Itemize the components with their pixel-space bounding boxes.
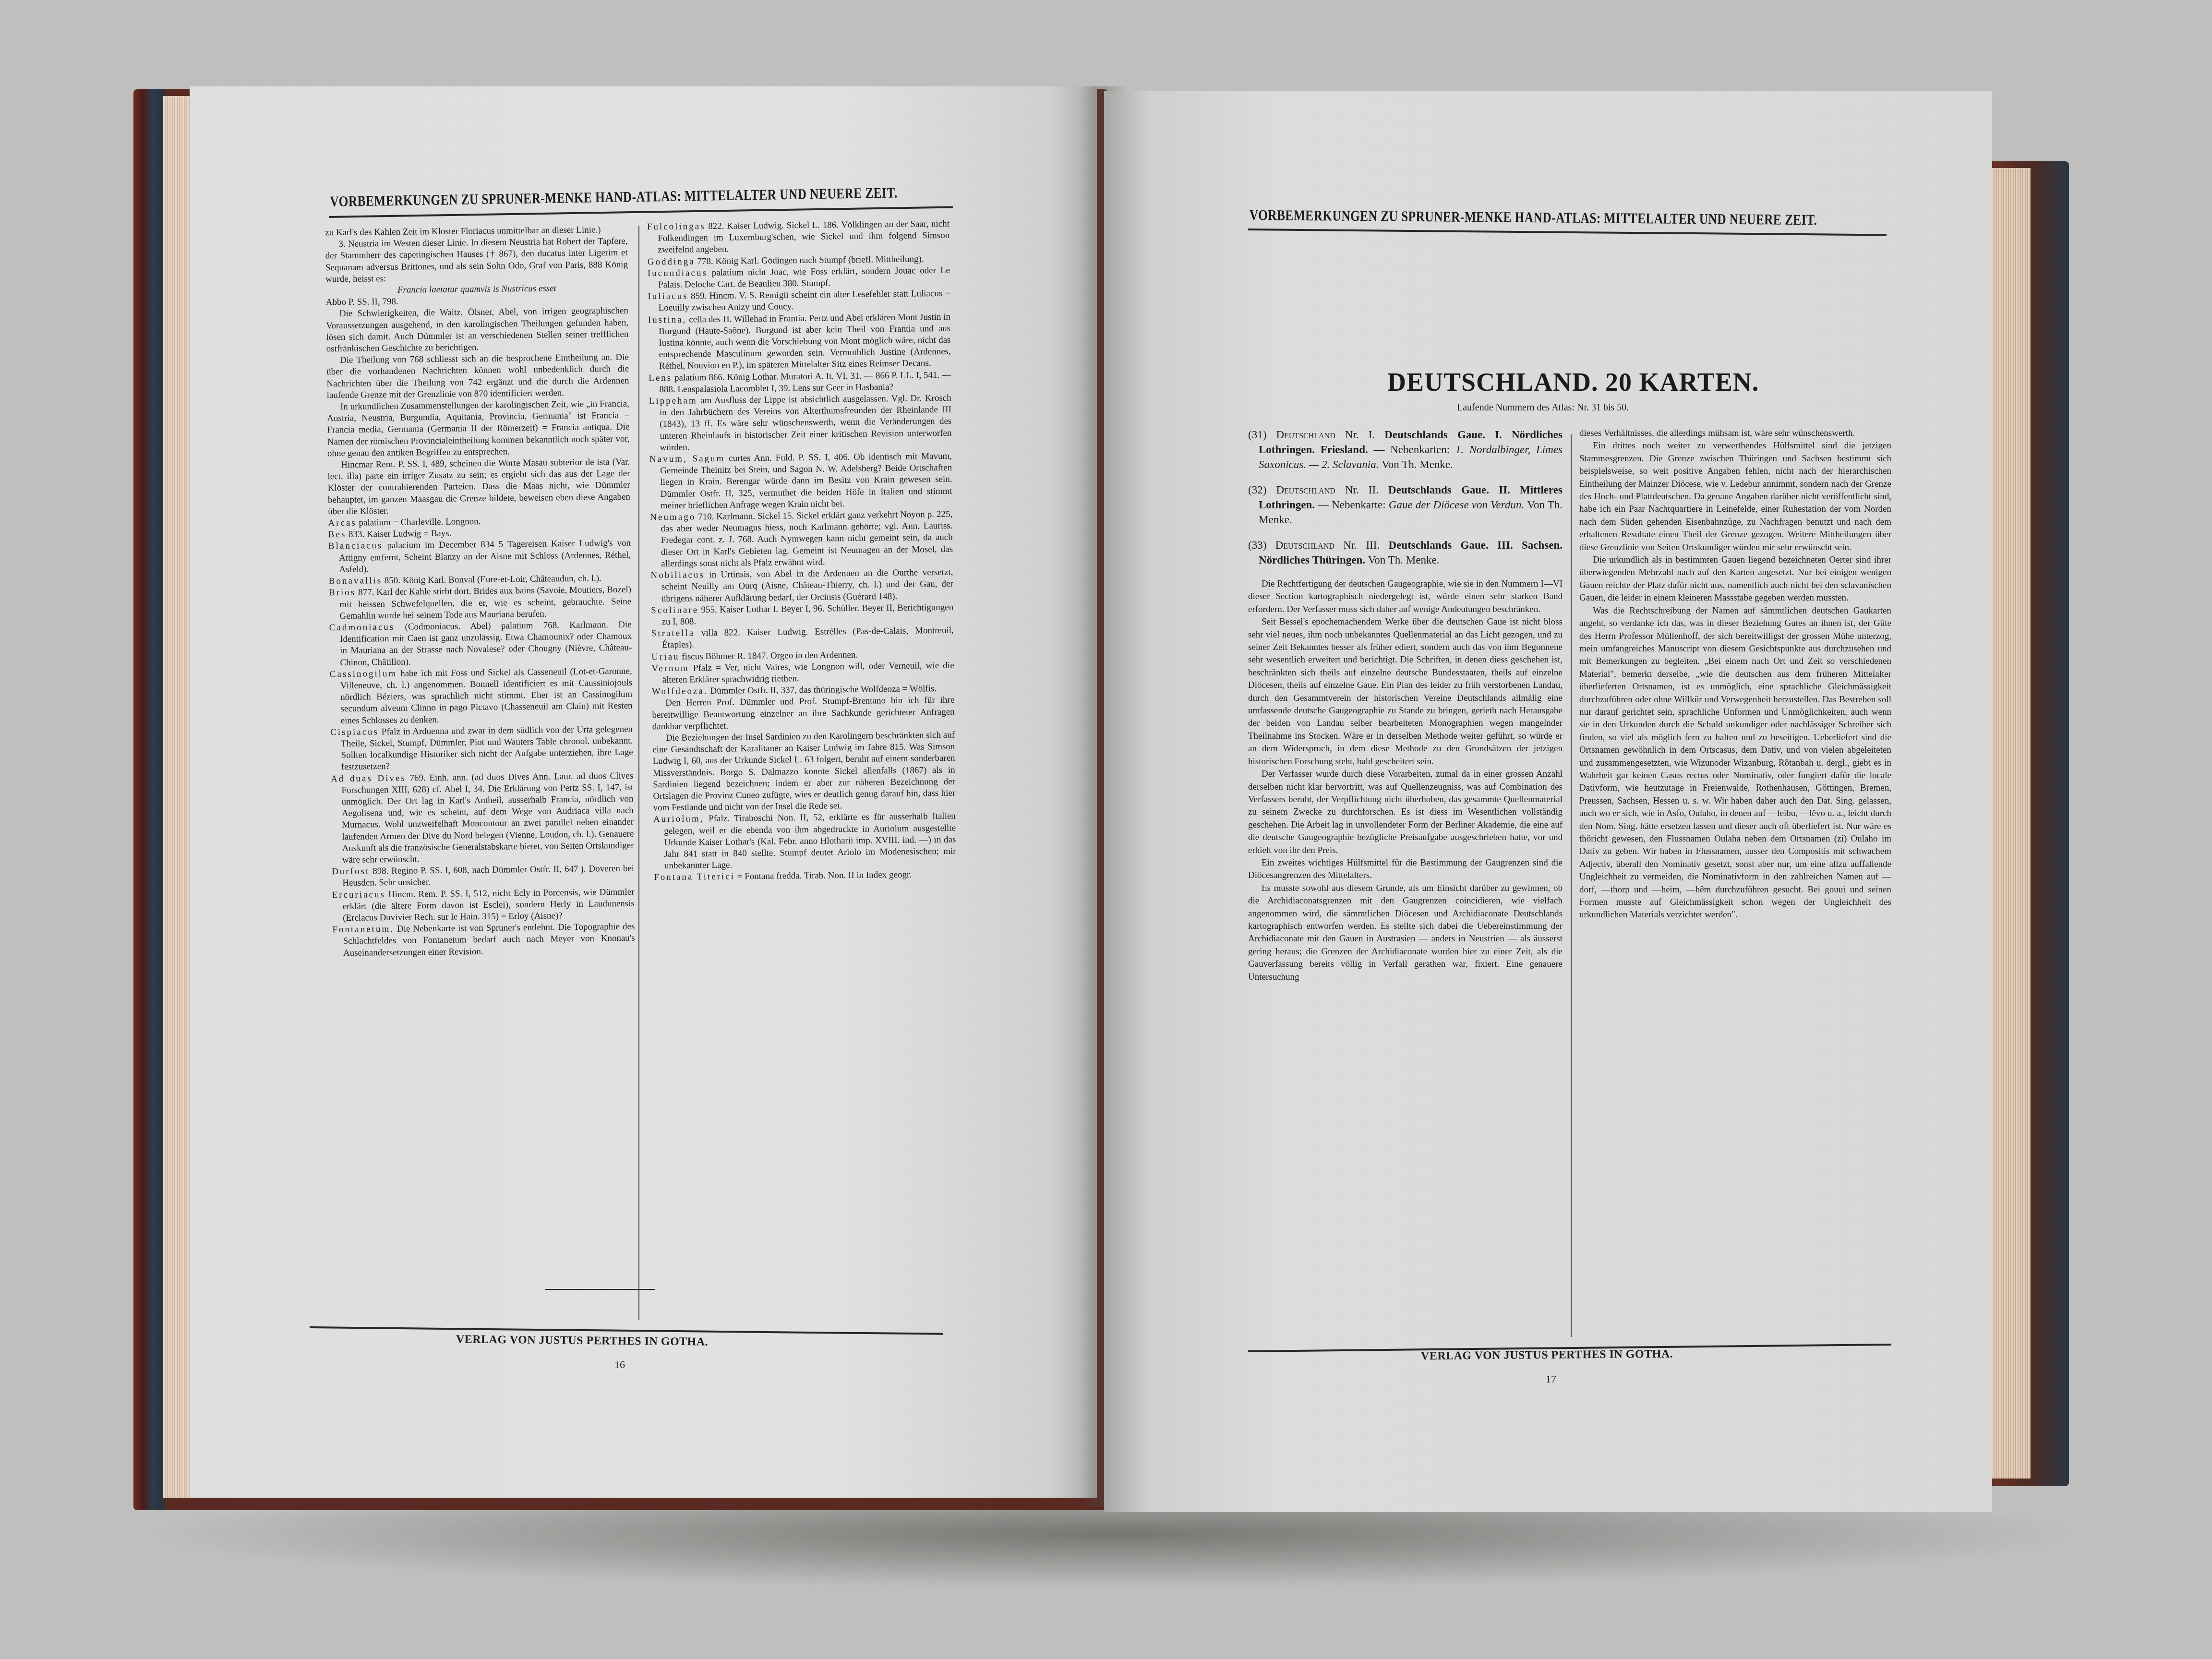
gazetteer-entry: Durfost 898. Regino P. SS. I, 608, nach … xyxy=(332,863,634,890)
paragraph: In urkundlichen Zusammenstellungen der k… xyxy=(327,398,630,460)
paragraph: Den Herren Prof. Dümmler und Prof. Stump… xyxy=(652,695,955,733)
gazetteer-entry: Ad duas Dives 769. Einh. ann. (ad duos D… xyxy=(331,770,634,866)
entry-keyword: Auriolum, xyxy=(653,814,704,825)
paragraph: 3. Neustria im Westen dieser Linie. In d… xyxy=(325,236,628,285)
column-divider-right xyxy=(1571,434,1572,1337)
running-head-left: VORBEMERKUNGEN ZU SPRUNER-MENKE HAND-ATL… xyxy=(330,184,898,210)
entry-keyword: Stratella xyxy=(651,628,695,638)
entry-text: 778. König Karl. Gödingen nach Stumpf (b… xyxy=(695,254,924,266)
map-number: (31) xyxy=(1248,429,1276,441)
map-entry: (31) Deutschland Nr. I. Deutschlands Gau… xyxy=(1248,427,1563,472)
gazetteer-entry: Iustina, cella des H. Willehad in Franti… xyxy=(648,311,951,373)
entry-keyword: Durfost xyxy=(332,866,370,877)
paragraph: Die Schwierigkeiten, die Waitz, Ölsner, … xyxy=(326,305,629,355)
entry-text: 955. Kaiser Lothar I. Beyer I, 96. Schül… xyxy=(661,602,953,627)
entry-text: am Ausfluss der Lippe ist absichtlich au… xyxy=(660,393,952,453)
entry-text: Pfalz. Tiraboschi Non. II, 52, erklärte … xyxy=(664,811,956,871)
gazetteer-entry: Cassinogilum habe ich mit Foss und Sicke… xyxy=(330,665,633,727)
entry-keyword: Nobiliacus xyxy=(650,570,705,580)
gazetteer-entry: Fontana Titerici = Fontana fredda. Tirab… xyxy=(654,869,956,884)
entry-text: palacium im December 834 5 Tagereisen Ka… xyxy=(339,538,631,575)
entry-keyword: Brios xyxy=(329,588,356,598)
map-nr: Nr. II. xyxy=(1345,484,1388,496)
entry-keyword: Lippeham xyxy=(649,396,697,406)
paragraph: Ein zweites wichtiges Hülfsmittel für di… xyxy=(1248,857,1563,882)
section-subtitle: Laufende Nummern des Atlas: Nr. 31 bis 5… xyxy=(1457,402,1629,413)
entry-keyword: Wolfdeoza. xyxy=(652,686,708,697)
left-column-2: Fulcolingas 822. Kaiser Ludwig. Sickel L… xyxy=(647,218,956,884)
end-rule xyxy=(545,1289,655,1290)
map-series: Deutschland xyxy=(1276,484,1345,496)
entry-keyword: Goddinga xyxy=(648,256,695,267)
paragraph: Die Rechtfertigung der deutschen Gaugeog… xyxy=(1248,578,1563,616)
entry-text: 877. Karl der Kahle stirbt dort. Brides … xyxy=(339,585,631,621)
entry-text: palatium = Charleville. Longnon. xyxy=(357,517,481,528)
map-number: (33) xyxy=(1248,539,1275,551)
entry-keyword: Bes xyxy=(328,529,347,540)
entry-keyword: Iustina, xyxy=(648,314,687,325)
entry-text: Hincm. Rem. P. SS. I, 512, nicht Ecly in… xyxy=(343,887,635,923)
paragraph: Der Verfasser wurde durch diese Vorarbei… xyxy=(1248,768,1563,857)
map-author: Von Th. Menke. xyxy=(1368,554,1440,566)
page-edges-right xyxy=(1987,168,2031,1479)
entry-text: 859. Hincm. V. S. Remigii scheint ein al… xyxy=(659,289,950,313)
gazetteer-entry: Lens palatium 866. König Lothar. Murator… xyxy=(649,369,951,396)
map-nr: Nr. III. xyxy=(1343,539,1388,551)
gazetteer-entry: Iuliacus 859. Hincm. V. S. Remigii schei… xyxy=(648,288,950,314)
right-column-1: (31) Deutschland Nr. I. Deutschlands Gau… xyxy=(1248,427,1563,984)
gazetteer-entry: Blanciacus palacium im December 834 5 Ta… xyxy=(328,538,631,576)
column-divider-left xyxy=(638,226,639,1320)
entry-text: in Urtinsis, von Abel in die Ardennen an… xyxy=(661,567,953,604)
gazetteer-entry: Vernum Pfalz = Ver, nicht Vaires, wie Lo… xyxy=(651,660,954,686)
paragraph: Die Beziehungen der Insel Sardinien zu d… xyxy=(652,730,956,814)
running-head-right: VORBEMERKUNGEN ZU SPRUNER-MENKE HAND-ATL… xyxy=(1250,206,1817,228)
entry-keyword: Cadmoniacus xyxy=(329,622,395,633)
gazetteer-entry: Brios 877. Karl der Kahle stirbt dort. B… xyxy=(329,584,632,622)
gazetteer-entry: Scolinare 955. Kaiser Lothar I. Beyer I,… xyxy=(651,601,953,628)
map-nr: Nr. I. xyxy=(1345,429,1384,441)
gazetteer-entry: Lippeham am Ausfluss der Lippe ist absic… xyxy=(649,393,952,454)
paragraph: Die Theilung von 768 schliesst sich an d… xyxy=(326,352,629,401)
gazetteer-entry: Navum, Sagum curtes Ann. Fuld. P. SS. I,… xyxy=(649,451,952,512)
entry-text: palatium 866. König Lothar. Muratori A. … xyxy=(659,370,951,395)
gazetteer-entry: Fulcolingas 822. Kaiser Ludwig. Sickel L… xyxy=(647,218,950,256)
page-number-right: 17 xyxy=(1546,1373,1556,1385)
entry-keyword: Lens xyxy=(649,373,672,383)
side-maps: Gaue der Diöcese von Verdun. xyxy=(1389,499,1527,511)
map-author: Von Th. Menke. xyxy=(1382,458,1453,470)
right-column-2: dieses Verhältnisses, die allerdings müh… xyxy=(1579,427,1891,922)
entry-keyword: Fontana Titerici xyxy=(654,872,735,883)
entry-text: 850. König Karl. Bonval (Eure-et-Loir, C… xyxy=(382,573,601,586)
entry-text: villa 822. Kaiser Ludwig. Estrélles (Pas… xyxy=(662,625,954,650)
paragraph: Seit Bessel's epochemachendem Werke über… xyxy=(1248,616,1563,768)
footer-rule-left xyxy=(310,1326,943,1335)
side-map-label: — Nebenkarte: xyxy=(1318,499,1389,511)
gazetteer-entry: Cadmoniacus (Codmoniacus. Abel) palatium… xyxy=(329,619,632,669)
gazetteer-entry: Stratella villa 822. Kaiser Ludwig. Estr… xyxy=(651,625,954,651)
entry-keyword: Neumago xyxy=(650,512,696,522)
header-rule-right xyxy=(1248,228,1887,236)
publisher-footer-left: VERLAG VON JUSTUS PERTHES IN GOTHA. xyxy=(456,1333,708,1348)
gazetteer-entry: Fontanetum. Die Nebenkarte ist von Sprun… xyxy=(332,921,635,959)
gazetteer-entry: Neumago 710. Karlmann. Sickel 15. Sickel… xyxy=(650,509,953,570)
gazetteer-entry: Iucundiacus palatium nicht Joac, wie Fos… xyxy=(648,265,950,291)
entry-keyword: Cassinogilum xyxy=(330,669,397,679)
paragraph: Ein drittes noch weiter zu verwerthendes… xyxy=(1579,440,1891,554)
gazetteer-entry: Auriolum, Pfalz. Tiraboschi Non. II, 52,… xyxy=(653,811,956,872)
entry-keyword: Ad duas Dives xyxy=(331,773,406,784)
paragraph: Was die Rechtschreibung der Namen auf sä… xyxy=(1579,605,1891,922)
publisher-footer-right: VERLAG VON JUSTUS PERTHES IN GOTHA. xyxy=(1421,1348,1673,1363)
entry-text: 710. Karlmann. Sickel 15. Sickel erklärt… xyxy=(661,509,953,569)
entry-keyword: Fontanetum. xyxy=(332,924,394,935)
entry-keyword: Iuliacus xyxy=(648,291,688,302)
section-title: DEUTSCHLAND. 20 KARTEN. xyxy=(1387,367,1759,397)
entry-text: fiscus Böhmer R. 1847. Orgeo in den Arde… xyxy=(679,649,858,661)
entry-keyword: Scolinare xyxy=(651,605,698,615)
entry-text: 833. Kaiser Ludwig = Bays. xyxy=(346,529,451,540)
entry-text: Pfalz = Ver, nicht Vaires, wie Longnon w… xyxy=(662,660,954,685)
entry-keyword: Fulcolingas xyxy=(647,221,706,232)
entry-keyword: Arcas xyxy=(328,518,357,529)
gazetteer-entry: Cispiacus Pfalz in Arduenna und zwar in … xyxy=(330,723,633,773)
gazetteer-entry: Ercuriacus Hincm. Rem. P. SS. I, 512, ni… xyxy=(332,886,635,924)
entry-text: 898. Regino P. SS. I, 608, nach Dümmler … xyxy=(342,864,634,889)
map-entry: (33) Deutschland Nr. III. Deutschlands G… xyxy=(1248,538,1563,567)
entry-keyword: Uriau xyxy=(651,651,679,662)
entry-keyword: Iucundiacus xyxy=(648,268,708,278)
entry-keyword: Bonavallis xyxy=(329,576,382,586)
paragraph: Die urkundlich als in bestimmten Gauen l… xyxy=(1579,554,1891,605)
gazetteer-entry: Nobiliacus in Urtinsis, von Abel in die … xyxy=(650,567,953,605)
paragraph: Es musste sowohl aus diesem Grunde, als … xyxy=(1248,882,1563,984)
map-series: Deutschland xyxy=(1276,429,1345,441)
left-page: VORBEMERKUNGEN ZU SPRUNER-MENKE HAND-ATL… xyxy=(190,86,1097,1498)
map-series: Deutschland xyxy=(1275,539,1344,551)
side-map-label: — Nebenkarten: xyxy=(1373,444,1455,456)
entry-keyword: Blanciacus xyxy=(328,541,383,552)
left-column-1: zu Karl's des Kahlen Zeit im Kloster Flo… xyxy=(325,224,635,959)
entry-keyword: Navum, Sagum xyxy=(649,454,725,465)
map-number: (32) xyxy=(1248,484,1276,496)
paragraph: dieses Verhältnisses, die allerdings müh… xyxy=(1579,427,1891,440)
entry-text: cella des H. Willehad in Frantia. Pertz … xyxy=(659,312,951,371)
entry-keyword: Cispiacus xyxy=(330,727,379,737)
paragraph: Hincmar Rem. P. SS. I, 489, scheinen die… xyxy=(327,457,630,518)
entry-text: = Fontana fredda. Tirab. Non. II in Inde… xyxy=(735,870,912,882)
right-page: VORBEMERKUNGEN ZU SPRUNER-MENKE HAND-ATL… xyxy=(1104,91,1992,1512)
entry-text: Dümmler Ostfr. II, 337, das thüringische… xyxy=(708,684,937,696)
map-entry: (32) Deutschland Nr. II. Deutschlands Ga… xyxy=(1248,482,1563,527)
entry-keyword: Vernum xyxy=(651,663,689,673)
entry-keyword: Ercuriacus xyxy=(332,890,385,900)
entry-text: Pfalz in Arduenna und zwar in dem südlic… xyxy=(341,724,633,772)
entry-text: 769. Einh. ann. (ad duos Dives Ann. Laur… xyxy=(341,770,634,865)
page-number-left: 16 xyxy=(614,1358,625,1371)
